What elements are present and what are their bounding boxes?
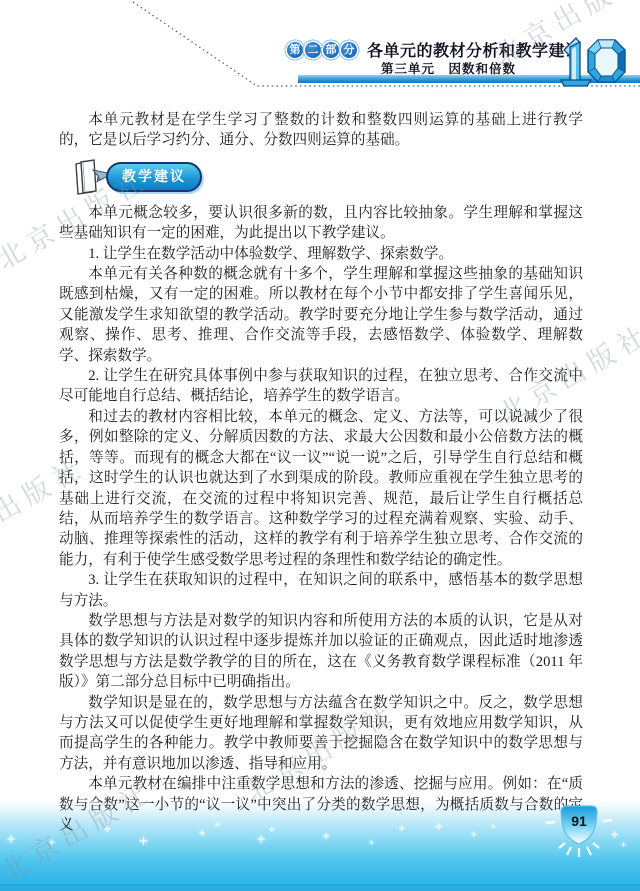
page-number-badge: 91 xyxy=(544,802,614,860)
body-paragraph: 3. 让学生在获取知识的过程中，在知识之间的联系中，感悟基本的数学思想与方法。 xyxy=(59,570,583,611)
body-paragraph: 本单元教材在编排中注重数学思想和方法的渗透、挖掘与应用。例如：在“质数与合数”这… xyxy=(59,774,583,835)
body-paragraph: 1. 让学生在数学活动中体验数学、理解数学、探索数学。 xyxy=(59,244,583,264)
body-paragraph: 数学思想与方法是对数学的知识内容和所使用方法的本质的认识，它是从对具体的数学知识… xyxy=(59,611,583,693)
footer-band-edge xyxy=(0,884,640,886)
body-paragraph: 本单元概念较多，要认识很多新的数，且内容比较抽象。学生理解和掌握这些基础知识有一… xyxy=(59,203,583,244)
sparkle-icon xyxy=(103,824,111,835)
sparkle-icon xyxy=(620,840,627,849)
book-page: 第 二 部 分 各单元的教材分析和教学建议 第三单元 因数和倍数 10 本单元教… xyxy=(0,0,640,891)
body-paragraph: 本单元有关各种数的概念就有十多个，学生理解和掌握这些抽象的基础知识既感到枯燥，又… xyxy=(59,264,583,366)
sparkle-icon xyxy=(256,832,266,846)
section-title-pill: 教学建议 xyxy=(106,162,202,191)
sparkle-icon xyxy=(434,820,443,833)
sparkle-icon xyxy=(268,825,276,835)
page-number: 91 xyxy=(571,813,587,829)
part-badge-char: 分 xyxy=(341,42,357,58)
intro-paragraph: 本单元教材是在学生学习了整数的计数和整数四则运算的基础上进行教学的，它是以后学习… xyxy=(59,110,583,151)
sparkle-icon xyxy=(6,832,16,846)
sparkle-icon xyxy=(322,831,330,842)
body-paragraph: 2. 让学生在研究具体事例中参与获取知识的过程，在独立思考、合作交流中尽可能地自… xyxy=(59,366,583,407)
sparkle-icon xyxy=(368,838,375,847)
unit-subtitle: 第三单元 因数和倍数 xyxy=(356,59,541,77)
sparkle-icon xyxy=(198,828,206,839)
sparkle-icon xyxy=(138,834,149,849)
part-badge-char: 第 xyxy=(287,42,303,58)
body-paragraph: 数学知识是显在的，数学思想与方法蕴含在数学知识之中。反之，数学思想与方法又可以促… xyxy=(59,693,583,775)
sparkle-icon xyxy=(398,824,406,834)
sparkle-icon xyxy=(470,830,478,840)
part-badge-char: 二 xyxy=(305,42,321,58)
body-paragraph: 和过去的教材内容相比较，本单元的概念、定义、方法等，可以说减少了很多，例如整除的… xyxy=(59,407,583,570)
part-badges: 第 二 部 分 各单元的教材分析和教学建议 xyxy=(287,38,582,61)
section-header: 教学建议 xyxy=(71,157,583,197)
main-text-column: 本单元教材是在学生学习了整数的计数和整数四则运算的基础上进行教学的，它是以后学习… xyxy=(59,110,583,835)
sparkle-icon xyxy=(214,820,221,829)
chapter-number-gem-icon xyxy=(558,34,630,90)
sparkle-icon xyxy=(490,822,497,831)
part-badge-char: 部 xyxy=(323,42,339,58)
part-title: 各单元的教材分析和教学建议 xyxy=(367,38,582,61)
sparkle-icon xyxy=(48,838,56,848)
